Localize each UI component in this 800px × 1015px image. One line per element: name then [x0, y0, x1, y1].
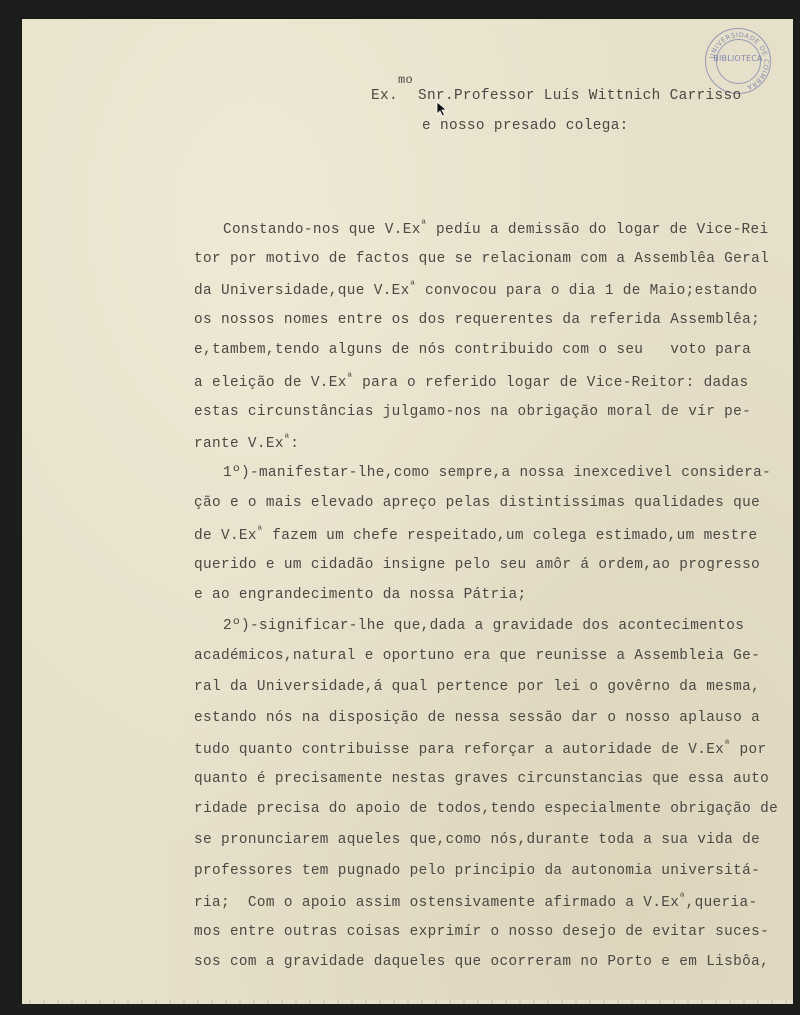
body-line: estando nós na disposição de nessa sessã… — [194, 711, 760, 725]
address-prefix: Ex. — [371, 89, 398, 103]
address-recipient: Snr.Professor Luís Wittnich Carrisso — [418, 89, 742, 103]
body-line: tor por motivo de factos que se relacion… — [194, 252, 769, 266]
body-line: os nossos nomes entre os dos requerentes… — [194, 313, 760, 327]
body-line: se pronunciarem aqueles que,como nós,dur… — [194, 833, 760, 847]
body-line: da Universidade,que V.Exª convocou para … — [194, 282, 758, 298]
body-line: ridade precisa do apoio de todos,tendo e… — [194, 802, 778, 816]
address-line-2: e nosso presado colega: — [422, 119, 629, 133]
body-line: e ao engrandecimento da nossa Pátria; — [194, 588, 526, 602]
body-line: e,tambem,tendo alguns de nós contribuido… — [194, 343, 751, 357]
body-line: académicos,natural e oportuno era que re… — [194, 649, 760, 663]
letter-page: UNIVERSIDADE DE COIMBRA BIBLIOTECA mo Ex… — [22, 19, 793, 1001]
address-superscript: mo — [398, 74, 413, 86]
body-line: quanto é precisamente nestas graves circ… — [194, 772, 769, 786]
body-line: 1º)-manifestar-lhe,como sempre,a nossa i… — [223, 466, 771, 480]
body-line: rante V.Exª: — [194, 435, 299, 451]
library-stamp: UNIVERSIDADE DE COIMBRA BIBLIOTECA — [705, 28, 771, 94]
body-line: ral da Universidade,á qual pertence por … — [194, 680, 760, 694]
body-line: querido e um cidadão insigne pelo seu am… — [194, 558, 760, 572]
stamp-center-text: BIBLIOTECA — [706, 54, 770, 63]
body-line: Constando-nos que V.Exª pedíu a demissão… — [223, 221, 769, 237]
body-line: a eleição de V.Exª para o referido logar… — [194, 374, 749, 390]
mouse-pointer-icon — [436, 101, 448, 117]
body-line: sos com a gravidade daqueles que ocorrer… — [194, 955, 769, 969]
body-line: ria; Com o apoio assim ostensivamente af… — [194, 894, 757, 910]
body-line: professores tem pugnado pelo principio d… — [194, 864, 760, 878]
body-line: 2º)-significar-lhe que,dada a gravidade … — [223, 619, 744, 633]
body-line: de V.Exª fazem um chefe respeitado,um co… — [194, 527, 757, 543]
body-line: ção e o mais elevado apreço pelas distin… — [194, 496, 760, 510]
body-line: estas circunstâncias julgamo-nos na obri… — [194, 405, 751, 419]
body-line: mos entre outras coisas exprimír o nosso… — [194, 925, 769, 939]
body-line: tudo quanto contribuisse para reforçar a… — [194, 741, 766, 757]
